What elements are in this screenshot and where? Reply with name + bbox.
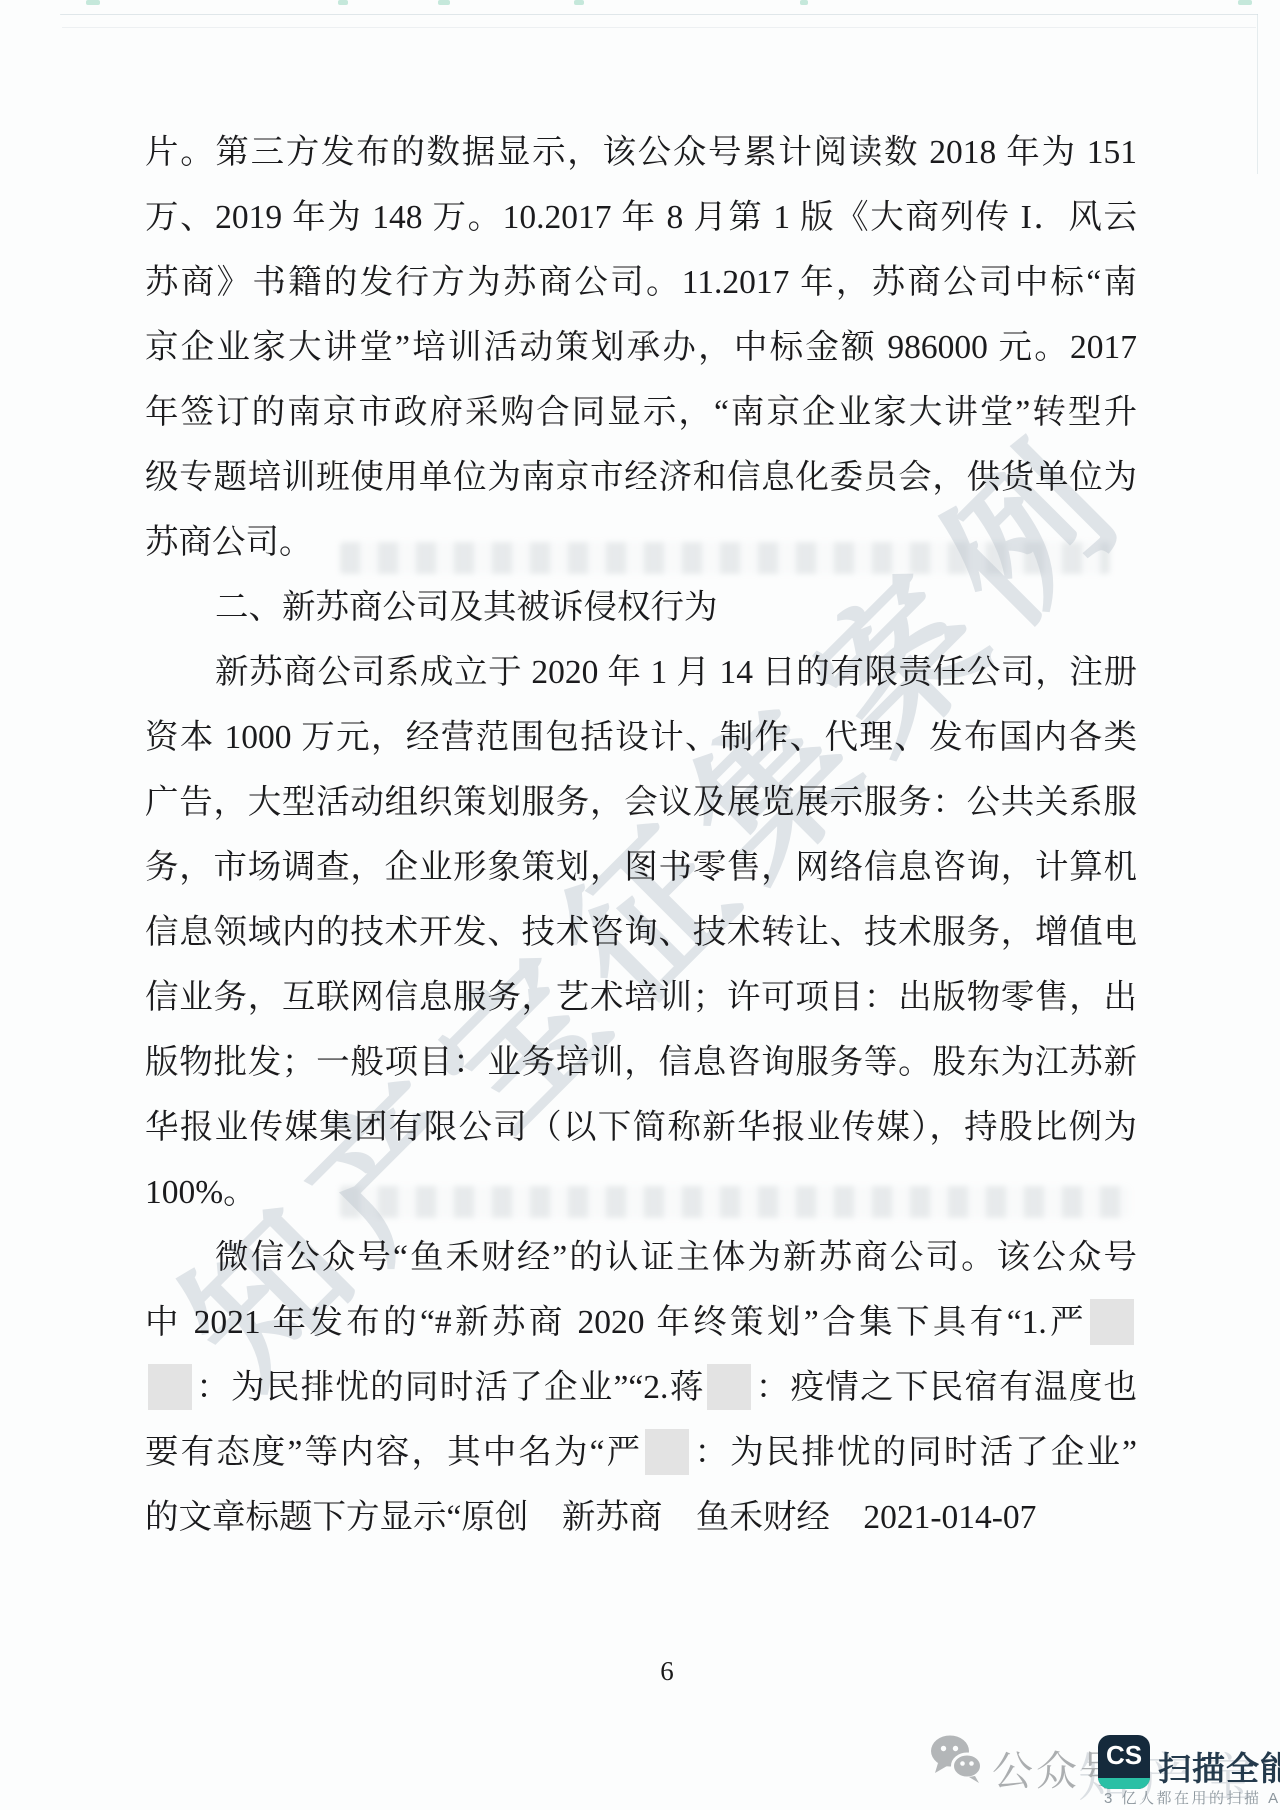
page-number: 6 xyxy=(645,1656,689,1687)
redaction-box xyxy=(707,1364,751,1410)
document-text-segment: 务，市场调查，企业形象策划，图书零售，网络信息咨询，计算机 xyxy=(145,849,1137,886)
document-text-segment: 华报业传媒集团有限公司（以下简称新华报业传媒），持股比例为 xyxy=(145,1109,1137,1146)
document-line: 华报业传媒集团有限公司（以下简称新华报业传媒），持股比例为 xyxy=(145,1095,1137,1160)
scan-edge-line xyxy=(1257,14,1258,174)
camscanner-logo: CS xyxy=(1098,1735,1150,1789)
document-line: 微信公众号“鱼禾财经”的认证主体为新苏商公司。该公众号 xyxy=(145,1225,1137,1290)
document-text-segment: ：为民排忧的同时活了企业” xyxy=(692,1434,1137,1471)
scan-mark xyxy=(338,0,348,5)
wechat-icon xyxy=(928,1734,986,1789)
document-line: 苏商》书籍的发行方为苏商公司。11.2017 年，苏商公司中标“南 xyxy=(145,250,1137,315)
scan-mark xyxy=(86,0,100,5)
scan-mark xyxy=(438,0,450,5)
document-line: 广告，大型活动组织策划服务，会议及展览展示服务：公共关系服 xyxy=(145,770,1137,835)
document-line: 资本 1000 万元，经营范围包括设计、制作、代理、发布国内各类 xyxy=(145,705,1137,770)
document-text-segment: 京企业家大讲堂”培训活动策划承办，中标金额 986000 元。2017 xyxy=(145,329,1137,366)
document-text-segment: 要有态度”等内容，其中名为“严 xyxy=(145,1434,642,1471)
redaction-box xyxy=(1090,1299,1134,1345)
document-line: 京企业家大讲堂”培训活动策划承办，中标金额 986000 元。2017 xyxy=(145,315,1137,380)
document-line: 级专题培训班使用单位为南京市经济和信息化委员会，供货单位为 xyxy=(145,445,1137,510)
footer: 知产宝 公众号 CS 扫描全能王™ 3 亿人都在用的扫描 App xyxy=(0,1726,1280,1810)
document-text-segment: 级专题培训班使用单位为南京市经济和信息化委员会，供货单位为 xyxy=(145,459,1137,496)
document-text-segment: ：疫情之下民宿有温度也 xyxy=(754,1369,1137,1406)
document-text-segment: 苏商公司。 xyxy=(145,524,313,561)
scanned-document-page: 知产宝征集案例 片。第三方发布的数据显示，该公众号累计阅读数 2018 年为 1… xyxy=(0,0,1280,1810)
document-text-segment: 新苏商公司系成立于 2020 年 1 月 14 日的有限责任公司，注册 xyxy=(215,654,1137,691)
document-text-segment: 万、2019 年为 148 万。10.2017 年 8 月第 1 版《大商列传 … xyxy=(145,199,1137,236)
document-text-segment: 资本 1000 万元，经营范围包括设计、制作、代理、发布国内各类 xyxy=(145,719,1137,756)
scan-mark xyxy=(800,0,808,5)
scan-mark xyxy=(1238,0,1252,5)
document-text-segment: ：为民排忧的同时活了企业”“2.蒋 xyxy=(195,1369,704,1406)
document-line: 要有态度”等内容，其中名为“严：为民排忧的同时活了企业” xyxy=(145,1420,1137,1485)
document-text-segment: 版物批发；一般项目：业务培训，信息咨询服务等。股东为江苏新 xyxy=(145,1044,1137,1081)
camscanner-name: 扫描全能王™ xyxy=(1158,1743,1280,1790)
document-text-segment: 年签订的南京市政府采购合同显示，“南京企业家大讲堂”转型升 xyxy=(145,394,1137,431)
scan-edge-line xyxy=(60,14,1258,15)
cs-logo-text: CS xyxy=(1098,1740,1150,1771)
document-line: 版物批发；一般项目：业务培训，信息咨询服务等。股东为江苏新 xyxy=(145,1030,1137,1095)
document-text-segment: 片。第三方发布的数据显示，该公众号累计阅读数 2018 年为 151 xyxy=(145,134,1137,171)
document-text-segment: 中 2021 年发布的“#新苏商 2020 年终策划”合集下具有“1.严 xyxy=(145,1304,1087,1341)
document-line: 年签订的南京市政府采购合同显示，“南京企业家大讲堂”转型升 xyxy=(145,380,1137,445)
document-text-segment: 信业务，互联网信息服务，艺术培训；许可项目：出版物零售，出 xyxy=(145,979,1137,1016)
document-line: 的文章标题下方显示“原创 新苏商 鱼禾财经 2021-014-07 xyxy=(145,1485,1137,1550)
document-line: 中 2021 年发布的“#新苏商 2020 年终策划”合集下具有“1.严 xyxy=(145,1290,1137,1355)
document-text-segment: 二、新苏商公司及其被诉侵权行为 xyxy=(215,589,718,626)
document-line: 务，市场调查，企业形象策划，图书零售，网络信息咨询，计算机 xyxy=(145,835,1137,900)
redaction-box xyxy=(645,1429,689,1475)
redaction-box xyxy=(148,1364,192,1410)
document-text-segment: 微信公众号“鱼禾财经”的认证主体为新苏商公司。该公众号 xyxy=(215,1239,1137,1276)
document-line: 信息领域内的技术开发、技术咨询、技术转让、技术服务，增值电 xyxy=(145,900,1137,965)
document-line: 万、2019 年为 148 万。10.2017 年 8 月第 1 版《大商列传 … xyxy=(145,185,1137,250)
document-line: ：为民排忧的同时活了企业”“2.蒋：疫情之下民宿有温度也 xyxy=(145,1355,1137,1420)
scan-edge-line xyxy=(62,27,1256,28)
document-text-segment: 广告，大型活动组织策划服务，会议及展览展示服务：公共关系服 xyxy=(145,784,1137,821)
document-line: 苏商公司。 xyxy=(145,510,1137,575)
document-line: 新苏商公司系成立于 2020 年 1 月 14 日的有限责任公司，注册 xyxy=(145,640,1137,705)
document-line: 100%。 xyxy=(145,1160,1137,1225)
document-text-segment: 信息领域内的技术开发、技术咨询、技术转让、技术服务，增值电 xyxy=(145,914,1137,951)
scan-mark xyxy=(574,0,584,5)
document-line: 二、新苏商公司及其被诉侵权行为 xyxy=(145,575,1137,640)
document-line: 片。第三方发布的数据显示，该公众号累计阅读数 2018 年为 151 xyxy=(145,120,1137,185)
document-body: 片。第三方发布的数据显示，该公众号累计阅读数 2018 年为 151万、2019… xyxy=(145,120,1137,1550)
document-text-segment: 100%。 xyxy=(145,1174,257,1211)
camscanner-name-text: 扫描全能王 xyxy=(1158,1750,1280,1787)
document-line: 信业务，互联网信息服务，艺术培训；许可项目：出版物零售，出 xyxy=(145,965,1137,1030)
document-text-segment: 的文章标题下方显示“原创 新苏商 鱼禾财经 2021-014-07 xyxy=(145,1499,1036,1536)
camscanner-tagline: 3 亿人都在用的扫描 App xyxy=(1104,1787,1280,1808)
document-text-segment: 苏商》书籍的发行方为苏商公司。11.2017 年，苏商公司中标“南 xyxy=(145,264,1137,301)
